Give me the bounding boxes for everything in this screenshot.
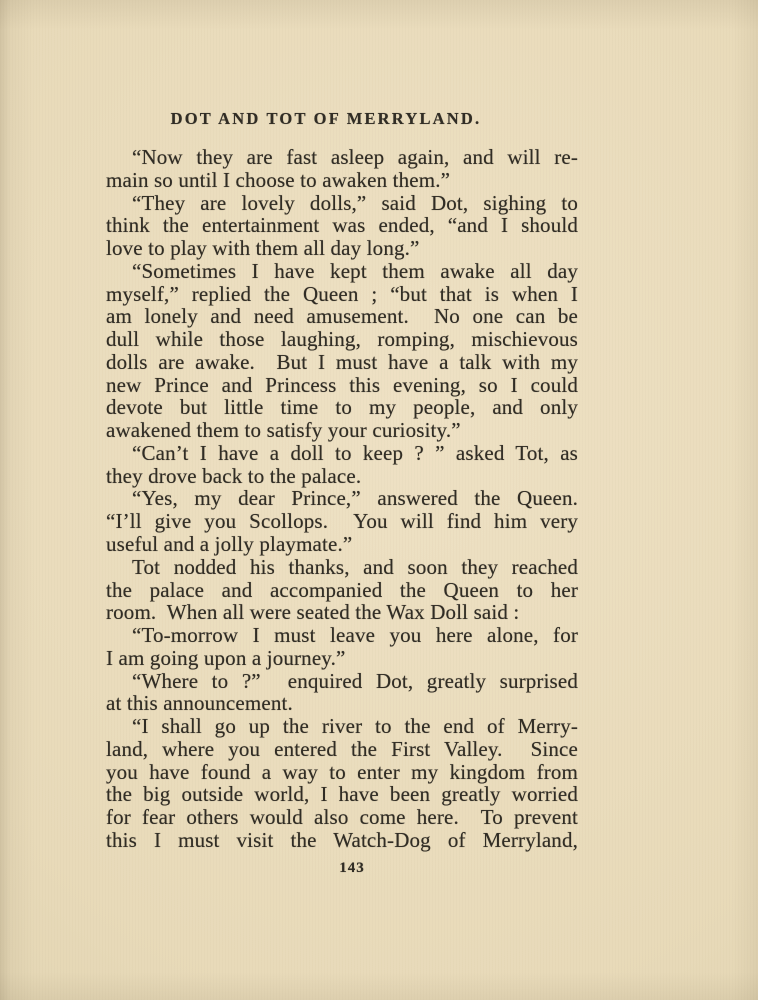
page-number: 143 xyxy=(116,860,588,877)
text-line: Tot nodded his thanks, and soon they rea… xyxy=(106,556,578,579)
paragraph: “Now they are fast asleep again, and wil… xyxy=(106,146,578,192)
text-line: “They are lovely dolls,” said Dot, sighi… xyxy=(106,192,578,215)
text-line: the palace and accompanied the Queen to … xyxy=(106,579,578,602)
paragraph: “Sometimes I have kept them awake all da… xyxy=(106,260,578,442)
text-line: main so until I choose to awaken them.” xyxy=(106,169,578,192)
text-block: “Now they are fast asleep again, and wil… xyxy=(106,146,578,852)
text-line: “I shall go up the river to the end of M… xyxy=(106,715,578,738)
text-line: for fear others would also come here. To… xyxy=(106,806,578,829)
text-line: “I’ll give you Scollops. You will find h… xyxy=(106,510,578,533)
text-line: dull while those laughing, romping, misc… xyxy=(106,328,578,351)
text-line: “Yes, my dear Prince,” answered the Quee… xyxy=(106,487,578,510)
paragraph: “They are lovely dolls,” said Dot, sighi… xyxy=(106,192,578,260)
text-line: “Sometimes I have kept them awake all da… xyxy=(106,260,578,283)
text-line: dolls are awake. But I must have a talk … xyxy=(106,351,578,374)
text-line: I am going upon a journey.” xyxy=(106,647,578,670)
text-line: “Where to ?” enquired Dot, greatly surpr… xyxy=(106,670,578,693)
running-header: DOT AND TOT OF MERRYLAND. xyxy=(89,109,563,129)
text-line: “Now they are fast asleep again, and wil… xyxy=(106,146,578,169)
text-line: land, where you entered the First Valley… xyxy=(106,738,578,761)
text-line: awakened them to satisfy your curiosity.… xyxy=(106,419,578,442)
text-line: the big outside world, I have been great… xyxy=(106,783,578,806)
text-line: think the entertainment was ended, “and … xyxy=(106,214,578,237)
paragraph: “Where to ?” enquired Dot, greatly surpr… xyxy=(106,670,578,716)
book-page: DOT AND TOT OF MERRYLAND. “Now they are … xyxy=(0,0,758,1000)
text-line: new Prince and Princess this evening, so… xyxy=(106,374,578,397)
text-line: they drove back to the palace. xyxy=(106,465,578,488)
paragraph: “Can’t I have a doll to keep ? ” asked T… xyxy=(106,442,578,488)
paragraph: “I shall go up the river to the end of M… xyxy=(106,715,578,852)
text-line: room. When all were seated the Wax Doll … xyxy=(106,601,578,624)
text-line: you have found a way to enter my kingdom… xyxy=(106,761,578,784)
paragraph: “Yes, my dear Prince,” answered the Quee… xyxy=(106,487,578,555)
text-line: “To-morrow I must leave you here alone, … xyxy=(106,624,578,647)
text-line: useful and a jolly playmate.” xyxy=(106,533,578,556)
paragraph: “To-morrow I must leave you here alone, … xyxy=(106,624,578,670)
text-line: “Can’t I have a doll to keep ? ” asked T… xyxy=(106,442,578,465)
paragraph: Tot nodded his thanks, and soon they rea… xyxy=(106,556,578,624)
text-line: devote but little time to my people, and… xyxy=(106,396,578,419)
text-line: myself,” replied the Queen ; “but that i… xyxy=(106,283,578,306)
text-line: this I must visit the Watch-Dog of Merry… xyxy=(106,829,578,852)
text-line: at this announcement. xyxy=(106,692,578,715)
text-line: am lonely and need amusement. No one can… xyxy=(106,305,578,328)
text-line: love to play with them all day long.” xyxy=(106,237,578,260)
